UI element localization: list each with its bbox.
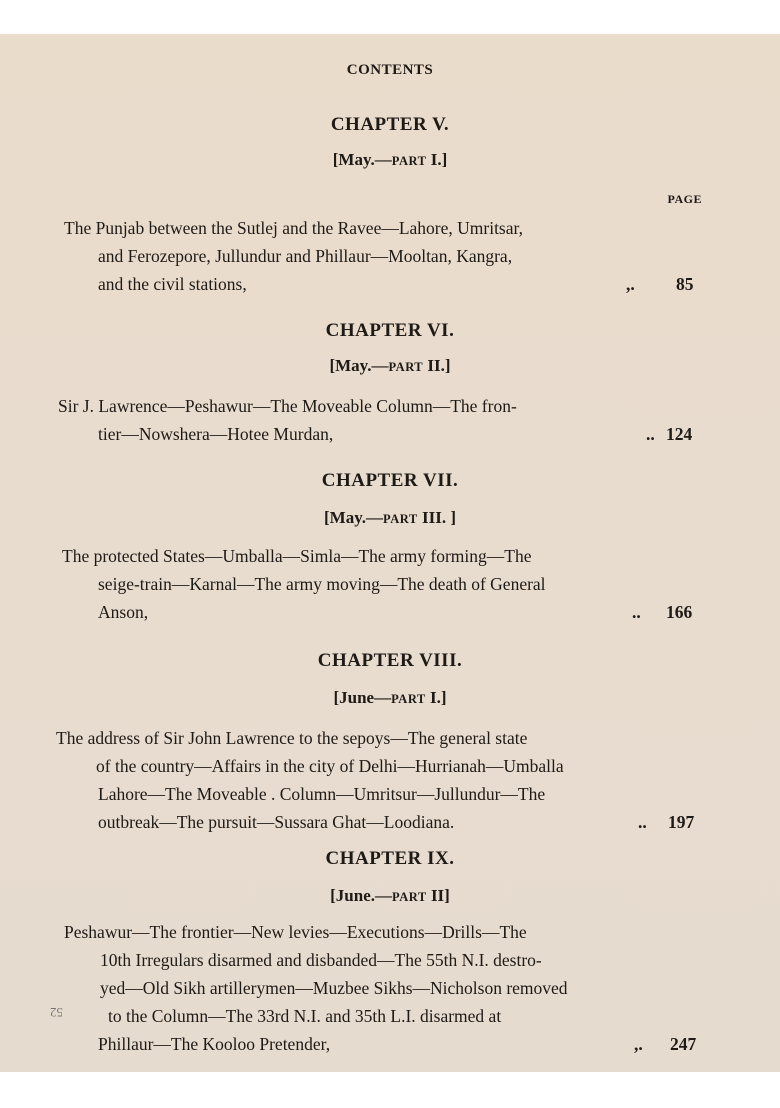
book-page: CONTENTS CHAPTER V. [May.—PART I.] PAGE … — [0, 34, 780, 1072]
dot-leader: .. — [638, 812, 647, 833]
dot-leader: ,. — [634, 1034, 643, 1055]
chapter-summary-line: seige-train—Karnal—The army moving—The d… — [98, 574, 546, 595]
chapter-summary-line: The address of Sir John Lawrence to the … — [56, 728, 527, 749]
chapter-summary-line: and the civil stations, — [98, 274, 247, 295]
chapter-summary-line: The Punjab between the Sutlej and the Ra… — [64, 218, 523, 239]
chapter-part: [June.—PART II] — [0, 886, 780, 906]
chapter-summary-line: Anson, — [98, 602, 148, 623]
chapter-title: CHAPTER VIII. — [0, 650, 780, 672]
chapter-part: [June—PART I.] — [0, 688, 780, 708]
page-column-label: PAGE — [668, 192, 702, 207]
page-number[interactable]: 197 — [668, 812, 694, 833]
dot-leader: ,. — [626, 274, 635, 295]
page-number[interactable]: 247 — [670, 1034, 696, 1055]
chapter-title: CHAPTER V. — [0, 114, 780, 136]
chapter-part: [May.—PART I.] — [0, 150, 780, 170]
chapter-summary-line: and Ferozepore, Jullundur and Phillaur—M… — [98, 246, 512, 267]
dot-leader: .. — [646, 424, 655, 445]
chapter-summary-line: Phillaur—The Kooloo Pretender, — [98, 1034, 330, 1055]
chapter-summary-line: of the country—Affairs in the city of De… — [96, 756, 564, 777]
chapter-summary-line: The protected States—Umballa—Simla—The a… — [62, 546, 531, 567]
chapter-summary-line: yed—Old Sikh artillerymen—Muzbee Sikhs—N… — [100, 978, 568, 999]
chapter-title: CHAPTER VI. — [0, 320, 780, 342]
chapter-title: CHAPTER VII. — [0, 470, 780, 492]
chapter-summary-line: Peshawur—The frontier—New levies—Executi… — [64, 922, 527, 943]
page-number[interactable]: 124 — [666, 424, 692, 445]
chapter-summary-line: tier—Nowshera—Hotee Murdan, — [98, 424, 333, 445]
chapter-summary-line: to the Column—The 33rd N.I. and 35th L.I… — [108, 1006, 501, 1027]
page-number[interactable]: 166 — [666, 602, 692, 623]
contents-heading: CONTENTS — [0, 62, 780, 79]
chapter-summary-line: outbreak—The pursuit—Sussara Ghat—Loodia… — [98, 812, 454, 833]
chapter-part: [May.—PART III. ] — [0, 508, 780, 528]
dot-leader: .. — [632, 602, 641, 623]
page-number[interactable]: 85 — [676, 274, 694, 295]
chapter-part: [May.—PART II.] — [0, 356, 780, 376]
chapter-summary-line: Lahore—The Moveable . Column—Umritsur—Ju… — [98, 784, 545, 805]
margin-mark: 52 — [50, 1004, 63, 1020]
chapter-summary-line: Sir J. Lawrence—Peshawur—The Moveable Co… — [58, 396, 517, 417]
chapter-title: CHAPTER IX. — [0, 848, 780, 870]
chapter-summary-line: 10th Irregulars disarmed and disbanded—T… — [100, 950, 542, 971]
